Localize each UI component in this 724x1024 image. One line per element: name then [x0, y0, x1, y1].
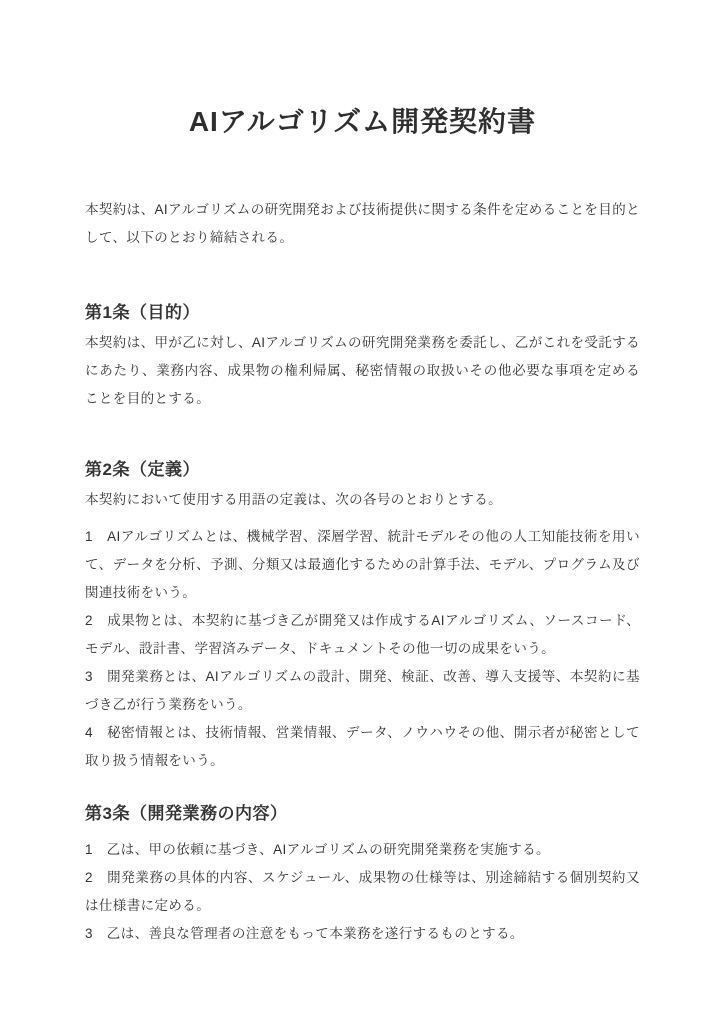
article-2-definitions: 第2条（定義） 本契約において使用する用語の定義は、次の各号のとおりとする。 1… [85, 457, 640, 775]
article-3-clause-2: 2 開発業務の具体的内容、スケジュール、成果物の仕様等は、別途締結する個別契約又… [85, 864, 640, 920]
article-2-clause-4: 4 秘密情報とは、技術情報、営業情報、データ、ノウハウその他、開示者が秘密として… [85, 719, 640, 775]
article-3-clause-1: 1 乙は、甲の依頼に基づき、AIアルゴリズムの研究開発業務を実施する。 [85, 836, 640, 864]
article-2-clause-3: 3 開発業務とは、AIアルゴリズムの設計、開発、検証、改善、導入支援等、本契約に… [85, 663, 640, 719]
article-1-paragraph: 本契約は、甲が乙に対し、AIアルゴリズムの研究開発業務を委託し、乙がこれを受託す… [85, 329, 640, 413]
article-2-paragraph: 本契約において使用する用語の定義は、次の各号のとおりとする。 [85, 486, 640, 514]
preamble-paragraph: 本契約は、AIアルゴリズムの研究開発および技術提供に関する条件を定めることを目的… [85, 196, 640, 252]
article-2-heading: 第2条（定義） [85, 457, 640, 483]
article-1-purpose: 第1条（目的） 本契約は、甲が乙に対し、AIアルゴリズムの研究開発業務を委託し、… [85, 300, 640, 413]
article-2-clause-list: 1 AIアルゴリズムとは、機械学習、深層学習、統計モデルその他の人工知能技術を用… [85, 523, 640, 775]
article-3-development-scope: 第3条（開発業務の内容） 1 乙は、甲の依頼に基づき、AIアルゴリズムの研究開発… [85, 801, 640, 948]
article-3-clause-3: 3 乙は、善良な管理者の注意をもって本業務を遂行するものとする。 [85, 920, 640, 948]
article-2-clause-2: 2 成果物とは、本契約に基づき乙が開発又は作成するAIアルゴリズム、ソースコード… [85, 607, 640, 663]
contract-document-page: AIアルゴリズム開発契約書 本契約は、AIアルゴリズムの研究開発および技術提供に… [0, 0, 724, 1024]
article-3-heading: 第3条（開発業務の内容） [85, 801, 640, 827]
article-2-clause-1: 1 AIアルゴリズムとは、機械学習、深層学習、統計モデルその他の人工知能技術を用… [85, 523, 640, 607]
document-title: AIアルゴリズム開発契約書 [85, 104, 640, 140]
article-3-clause-list: 1 乙は、甲の依頼に基づき、AIアルゴリズムの研究開発業務を実施する。 2 開発… [85, 836, 640, 948]
article-1-heading: 第1条（目的） [85, 300, 640, 326]
